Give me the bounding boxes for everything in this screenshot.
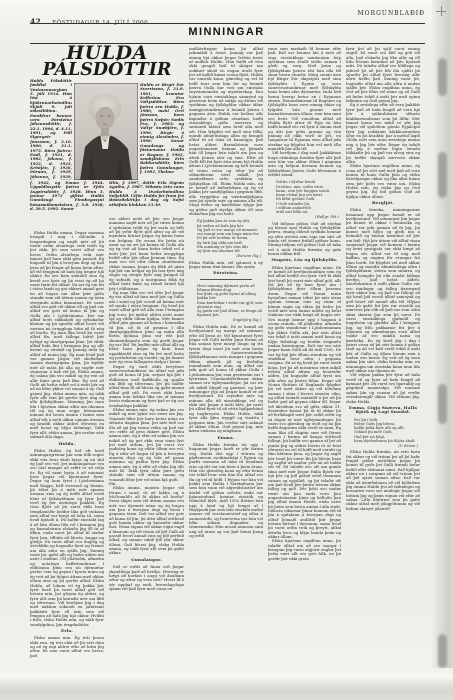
poem-attribution: (Hallgr. Pét.)	[276, 215, 339, 219]
tribute-paragraph: Elsku amma mín. Ég trúi þessu ekki enn, …	[30, 636, 104, 658]
scan-right-edge	[432, 0, 453, 700]
poem-attribution: (Þórunn Sig.)	[197, 254, 261, 258]
signature: Hulda.	[30, 442, 104, 446]
crop-mark-icon	[436, 6, 446, 16]
text-column-4: raun sem markaði líf hennar eftir það. Þ…	[268, 47, 341, 668]
poem-block: Hver minning dýrmæt perla að liðnum lífs…	[197, 284, 263, 323]
tribute-paragraph: Það er erfitt að finna orð þegar skyndil…	[109, 565, 184, 591]
tribute-paragraph: andlátsfregnir koma þó alltaf jafnmikið …	[189, 47, 263, 216]
header-rule-top	[30, 23, 425, 24]
tribute-paragraph: Ég man líka svo vel eftir því þegar ég v…	[109, 291, 184, 365]
tribute-paragraph: Elsku Hulda mín, við sjáumst á ný þegar …	[189, 261, 263, 270]
signature: Emma.	[189, 436, 263, 440]
tribute-paragraph: Elsku hjartans engillinn minn, þú talaði…	[268, 539, 341, 561]
tribute-paragraph: Við viljum þakka þér fyrir að hafa verið…	[346, 373, 420, 403]
tribute-paragraph: raun sem markaði líf hennar eftir það. Þ…	[268, 47, 341, 151]
obituary-headline: HULDA PÁLSDÓTTIR	[28, 45, 186, 78]
tribute-paragraph: Elsku Hulda, ég hef oft lesið minningarg…	[30, 449, 104, 627]
tribute-paragraph: Elsku Hulda amma. Þegar mamma hringdi í …	[30, 231, 104, 440]
portrait-photo	[74, 83, 138, 180]
page-number: 42	[30, 17, 41, 26]
intro-column2-below-photo: Hlín, f. 1997, dóttir Erla Sigrún Agatha…	[109, 181, 184, 215]
poem-block: Dóttir, í dýrðar hendi Drottins, mín, so…	[276, 180, 341, 219]
scan-edge-artifact	[438, 634, 447, 668]
signature: Emma, Gígja Snæeva, Halla Björk og Logi …	[346, 406, 420, 415]
tribute-paragraph: fyrir því að þú sjálf varst einnig engil…	[346, 47, 420, 103]
masthead: MORGUNBLAÐIÐ	[358, 10, 425, 17]
scan-edge-artifact	[438, 252, 447, 300]
text-column-2: var aldrei neitt að þér, svo þegar mamma…	[109, 217, 184, 668]
poem-block: Far þú í friði, friður Guðs þig blessi, …	[354, 418, 420, 448]
signature: Bergljót.	[346, 201, 420, 205]
headline-line2: PÁLSDÓTTIR	[28, 62, 186, 78]
section-title: MINNINGAR	[0, 26, 453, 38]
newspaper-page-scan: { "colors": { "paper": "#efede8", "ink":…	[0, 0, 453, 700]
tribute-paragraph: Elsku amma, manstu þegar við fórum í sun…	[109, 486, 184, 556]
intro-column1-below-photo: f. 1942, og Emma f. 1944. Uppeldissystir…	[30, 181, 104, 230]
tribute-paragraph: Elsku hjartans engillinn minn, ég vona a…	[346, 164, 420, 199]
scan-top-edge	[0, 0, 453, 5]
tribute-paragraph: Elsku Hulda frænka, nú ertu farin frá ok…	[346, 450, 420, 511]
tribute-paragraph: Við biðjum góðan Guð að styrkja og bless…	[268, 222, 341, 257]
text-column-1: Elsku Hulda amma. Þegar mamma hringdi í …	[30, 231, 104, 668]
tribute-paragraph: Þegar ég varð eldri breyttust samverustu…	[109, 365, 184, 408]
scan-bottom-edge	[0, 668, 453, 700]
scan-edge-artifact	[438, 384, 447, 424]
tribute-paragraph: Elsku hjartans engillinn minn. Þá er kom…	[268, 266, 341, 540]
tribute-paragraph: var aldrei neitt að þér, svo þegar mamma…	[109, 217, 184, 291]
tribute-paragraph: Við kveðjum í dag með þakklátum huga els…	[268, 151, 341, 177]
tribute-paragraph: Elsku frænka, minningarnar hrannast upp …	[346, 208, 420, 373]
section-rule	[200, 279, 252, 280]
signature: Magnús, Lóa og fjölskylda.	[268, 258, 341, 262]
tribute-paragraph: Elsku Hulda mín. Þá er komið að kveðjust…	[189, 325, 263, 434]
tribute-paragraph: Elsku amma mín, ég sakna þín svo mikið o…	[109, 408, 184, 482]
text-column-3: andlátsfregnir koma þó alltaf jafnmikið …	[189, 47, 263, 668]
text-column-5: fyrir því að þú sjálf varst einnig engil…	[346, 47, 420, 668]
signature: Þórsteina.	[189, 271, 263, 275]
tribute-paragraph: Elsku Hulda frænka rís upp í huganum þeg…	[189, 443, 263, 539]
poem-block: Ég þakka þau ár sem ég átti, þá auðnu að…	[197, 219, 263, 258]
scan-edge-artifact	[438, 58, 447, 96]
tribute-paragraph: Ég á ævinlega eftir að vera þakklát fyri…	[346, 103, 420, 164]
scan-edge-artifact	[438, 152, 447, 198]
signature: Gunnlaugur.	[109, 558, 184, 562]
intro-column2-beside-photo: Huldu er Birgir Þór Sverrisson, f. 21.9.…	[140, 83, 184, 179]
page-header: 42 FÖSTUDAGUR 14. JÚLÍ 2000 MORGUNBLAÐIÐ	[30, 9, 425, 20]
signature: Erla.	[30, 629, 104, 633]
poem-attribution: (Ingibjörg Sig.)	[197, 318, 261, 322]
intro-column1-beside-photo: Hulda Pálsdóttir fæddist í Vestmannaeyju…	[30, 79, 72, 180]
poem-attribution: (V. Briem.)	[354, 444, 418, 448]
